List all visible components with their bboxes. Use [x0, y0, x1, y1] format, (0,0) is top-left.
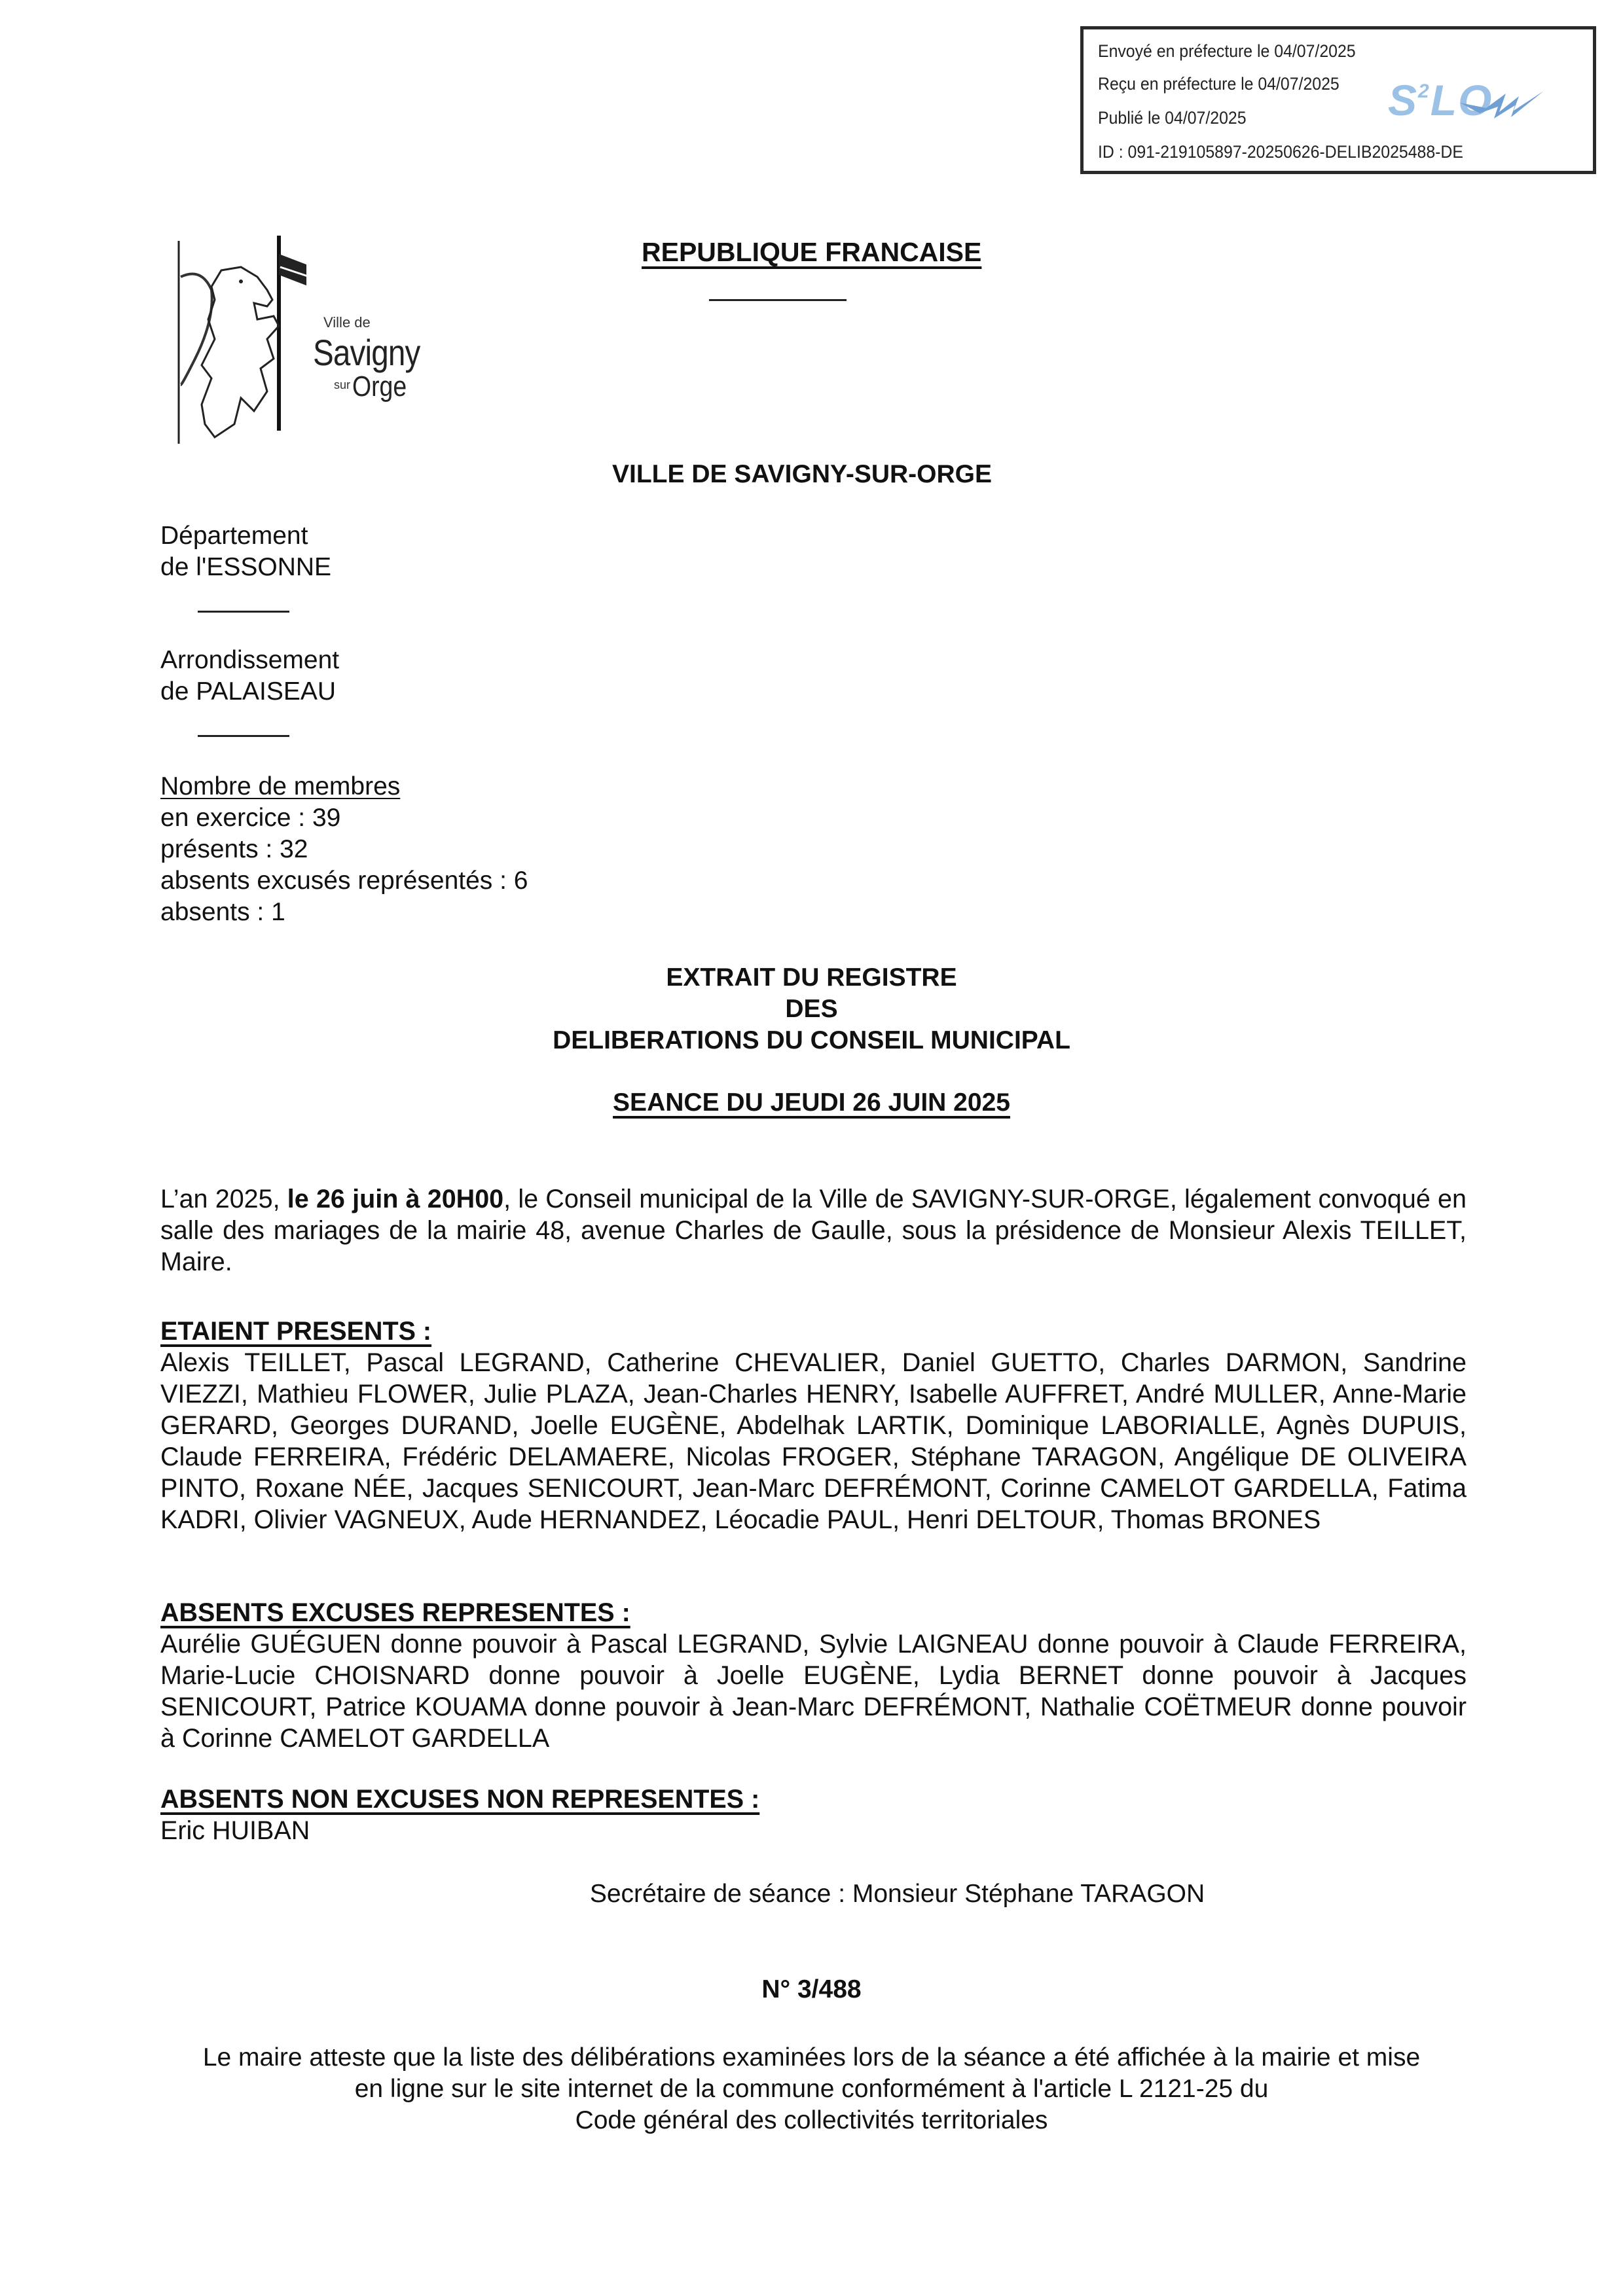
membres-absents-excuses: absents excusés représentés : 6 — [160, 865, 528, 897]
logo-savigny: Savigny — [313, 331, 420, 374]
republique-heading: REPUBLIQUE FRANCAISE — [642, 237, 981, 268]
extrait-title: EXTRAIT DU REGISTRE DES DELIBERATIONS DU… — [0, 962, 1623, 1056]
membres-absents: absents : 1 — [160, 897, 528, 928]
attestation-line-2: en ligne sur le site internet de la comm… — [0, 2073, 1623, 2105]
arrondissement-value: de PALAISEAU — [160, 676, 339, 708]
stamp-id: ID : 091-219105897-20250626-DELIB2025488… — [1098, 142, 1463, 162]
checkmark-wing-icon — [1460, 87, 1545, 120]
logo-sur: sur — [334, 378, 350, 392]
logo-orge: Orge — [352, 370, 407, 403]
non-excuses-list: Eric HUIBAN — [160, 1815, 1467, 1846]
seance-title: SEANCE DU JEUDI 26 JUIN 2025 — [0, 1088, 1623, 1117]
intro-paragraph: L’an 2025, le 26 juin à 20H00, le Consei… — [160, 1183, 1467, 1278]
membres-en-exercice: en exercice : 39 — [160, 802, 528, 834]
prefecture-stamp: Envoyé en préfecture le 04/07/2025 Reçu … — [1080, 26, 1596, 174]
excuses-list: Aurélie GUÉGUEN donne pouvoir à Pascal L… — [160, 1628, 1467, 1754]
attestation: Le maire atteste que la liste des délibé… — [0, 2042, 1623, 2136]
left-divider-1 — [198, 611, 289, 613]
s2lo-logo: S2LO — [1388, 75, 1545, 128]
arrondissement-label: Arrondissement — [160, 645, 339, 676]
departement-label: Département — [160, 520, 331, 552]
s2lo-sup: 2 — [1418, 81, 1431, 102]
left-divider-2 — [198, 735, 289, 737]
membres-title: Nombre de membres — [160, 771, 528, 802]
secretaire-de-seance: Secrétaire de séance : Monsieur Stéphane… — [0, 1880, 1623, 1909]
membres-block: Nombre de membres en exercice : 39 prése… — [160, 771, 528, 928]
attestation-line-3: Code général des collectivités territori… — [0, 2105, 1623, 2136]
s2lo-s: S — [1388, 76, 1418, 124]
stamp-published-date: Publié le 04/07/2025 — [1098, 108, 1247, 128]
lion-banner-icon — [175, 228, 306, 450]
departement-block: Département de l'ESSONNE — [160, 520, 331, 583]
presents-heading: ETAIENT PRESENTS : — [160, 1316, 1467, 1347]
logo-ville-de: Ville de — [323, 314, 371, 331]
stamp-received-date: Reçu en préfecture le 04/07/2025 — [1098, 74, 1340, 94]
seance-date: SEANCE DU JEUDI 26 JUIN 2025 — [613, 1088, 1010, 1117]
extrait-line-3: DELIBERATIONS DU CONSEIL MUNICIPAL — [0, 1025, 1623, 1056]
extrait-line-1: EXTRAIT DU REGISTRE — [0, 962, 1623, 994]
extrait-line-2: DES — [0, 994, 1623, 1025]
ville-heading: VILLE DE SAVIGNY-SUR-ORGE — [612, 460, 992, 489]
presents-list: Alexis TEILLET, Pascal LEGRAND, Catherin… — [160, 1347, 1467, 1535]
presents-section: ETAIENT PRESENTS : Alexis TEILLET, Pasca… — [160, 1316, 1467, 1535]
membres-presents: présents : 32 — [160, 834, 528, 865]
non-excuses-section: ABSENTS NON EXCUSES NON REPRESENTES : Er… — [160, 1784, 1467, 1846]
departement-value: de l'ESSONNE — [160, 552, 331, 583]
excuses-section: ABSENTS EXCUSES REPRESENTES : Aurélie GU… — [160, 1597, 1467, 1754]
intro-datetime: le 26 juin à 20H00 — [287, 1185, 503, 1213]
excuses-heading: ABSENTS EXCUSES REPRESENTES : — [160, 1597, 1467, 1628]
arrondissement-block: Arrondissement de PALAISEAU — [160, 645, 339, 708]
city-logo: Ville de Savigny sur Orge — [175, 228, 431, 450]
non-excuses-heading: ABSENTS NON EXCUSES NON REPRESENTES : — [160, 1784, 1467, 1815]
deliberation-number: N° 3/488 — [0, 1975, 1623, 2004]
stamp-sent-date: Envoyé en préfecture le 04/07/2025 — [1098, 41, 1356, 62]
attestation-line-1: Le maire atteste que la liste des délibé… — [0, 2042, 1623, 2073]
header-divider — [709, 299, 847, 301]
intro-pre: L’an 2025, — [160, 1185, 287, 1213]
